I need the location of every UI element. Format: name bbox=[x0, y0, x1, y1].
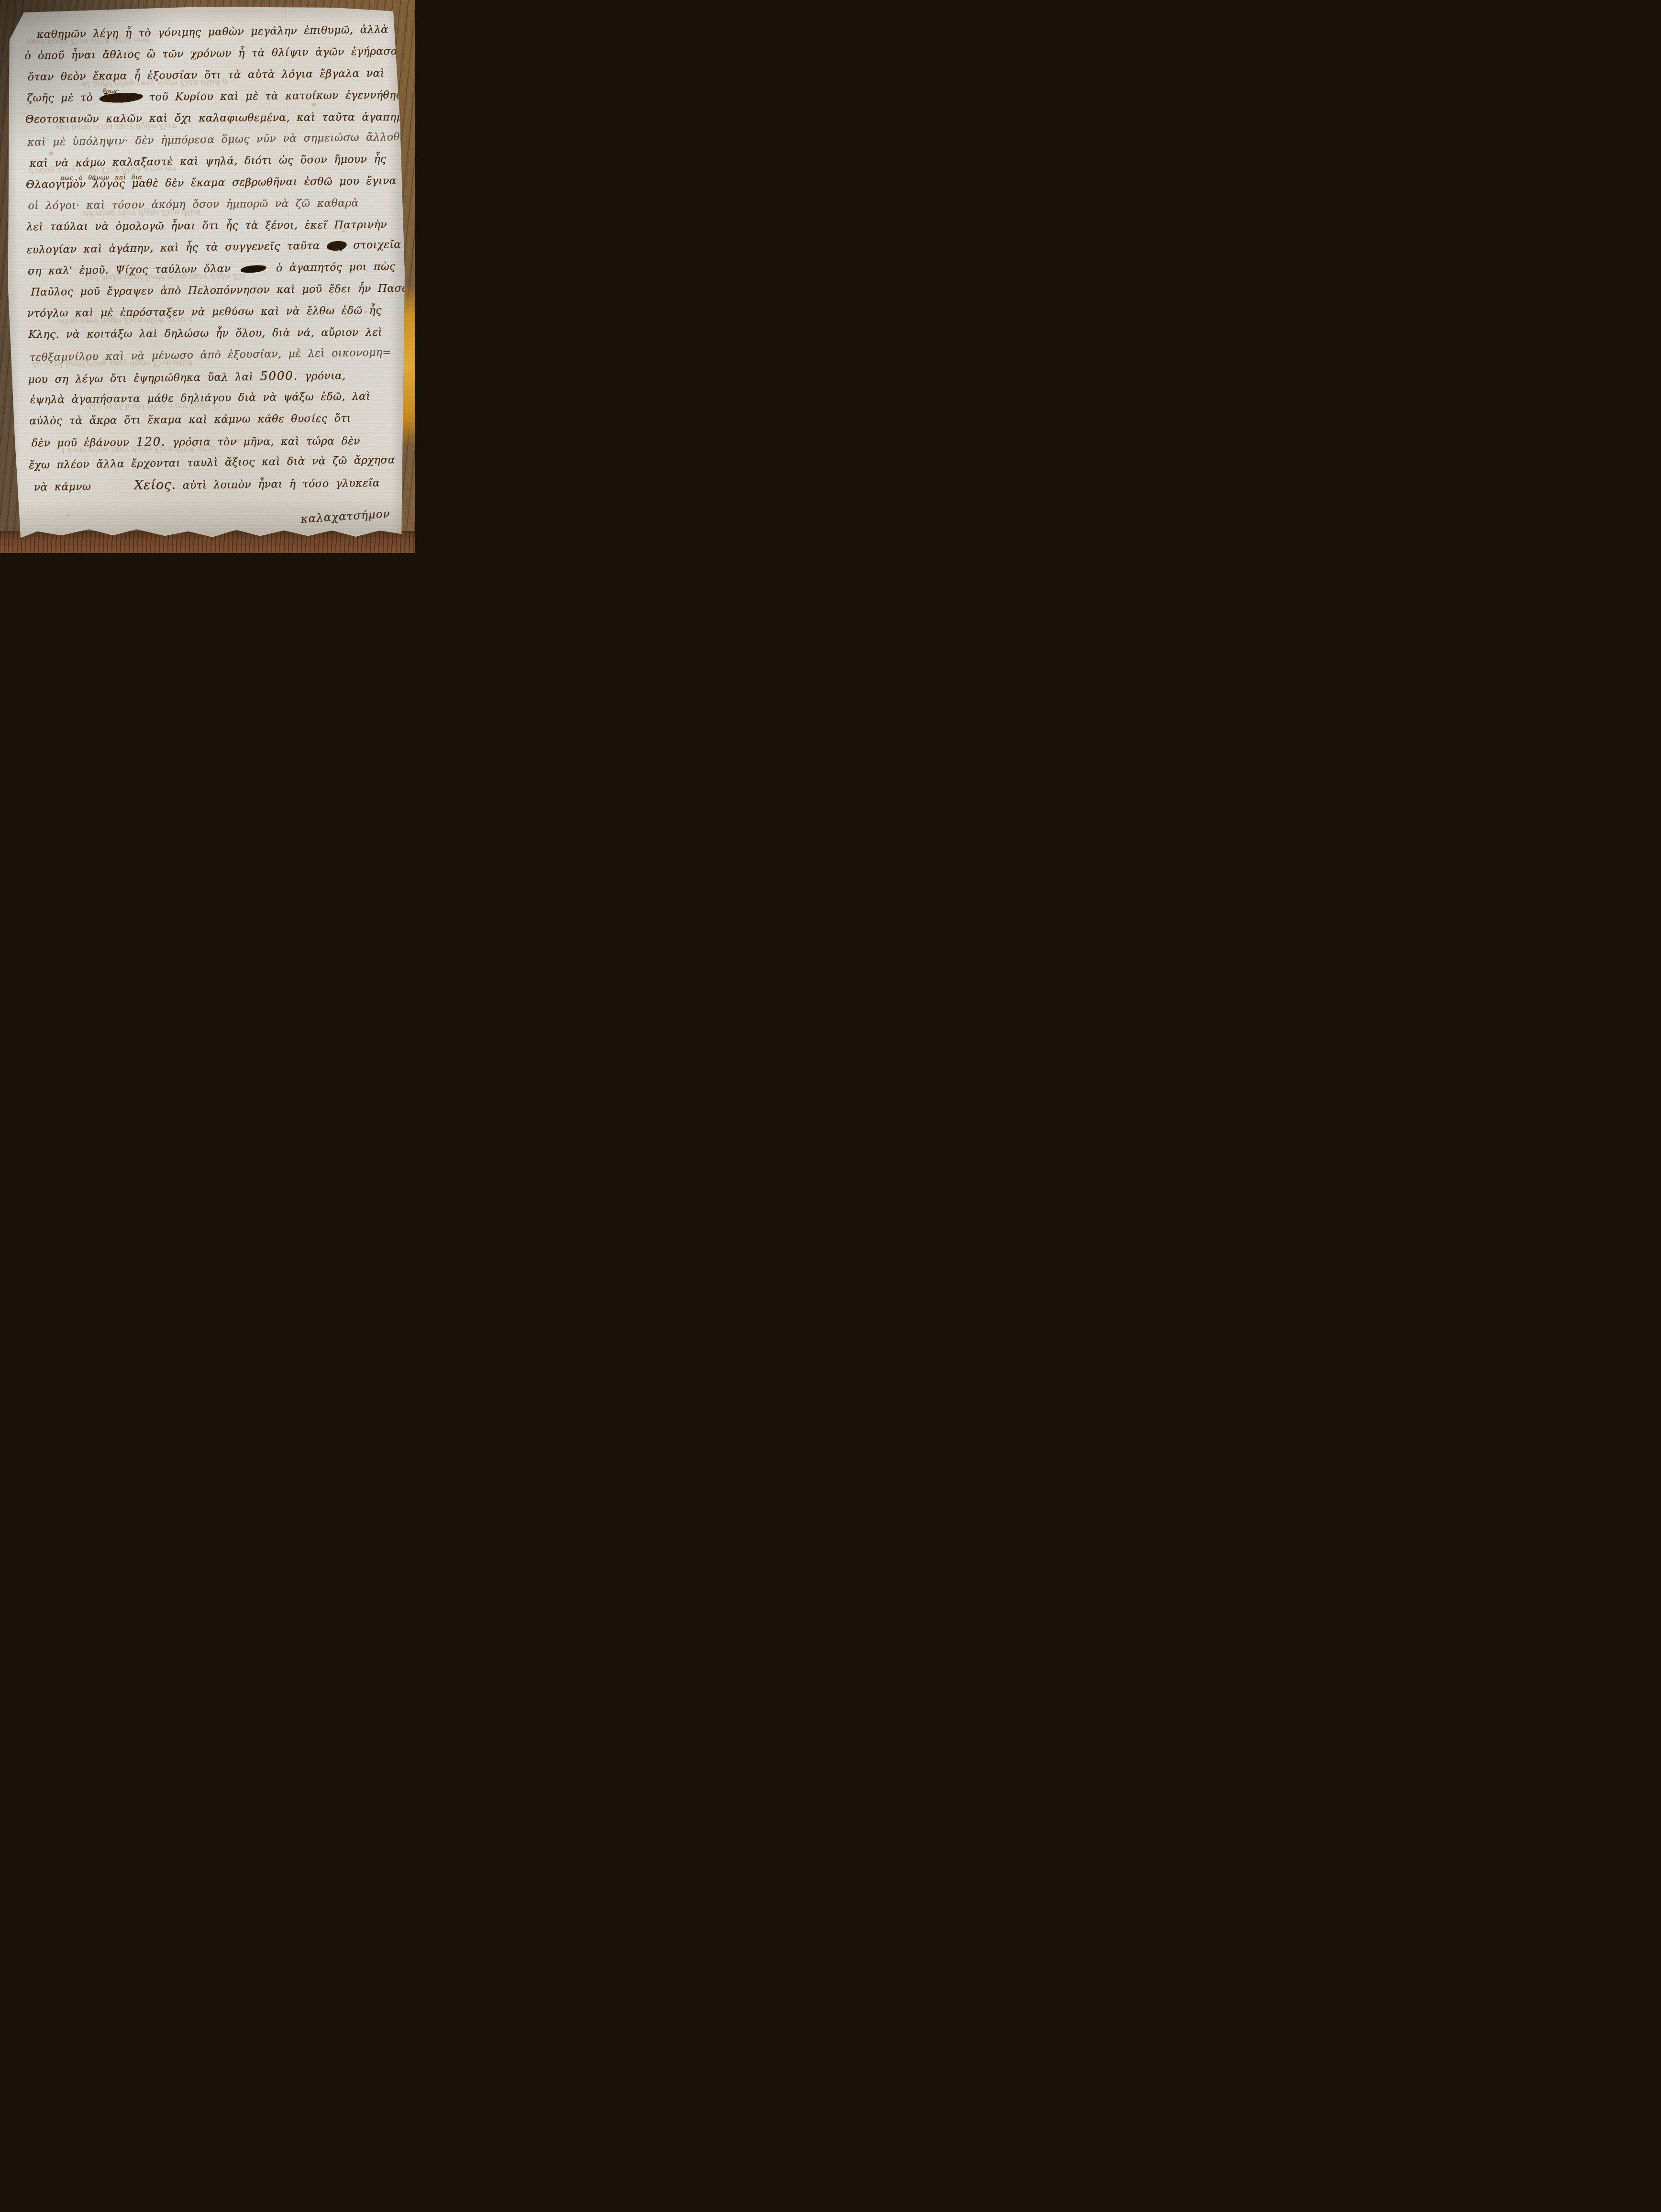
manuscript-line: αὐλὸς τὰ ἄκρα ὅτι ἔκαμα καὶ κάμνω κάθε θ… bbox=[29, 409, 395, 433]
manuscript-line: οἱ λόγοι· καὶ τόσον ἀκόμη ὅσον ἠμπορῶ νὰ… bbox=[28, 194, 392, 218]
manuscript-line: ὅταν θεὸν ἔκαμα ἧ ἐξουσίαν ὅτι τὰ αὐτὰ λ… bbox=[27, 64, 391, 89]
amount-figure: 120. bbox=[136, 434, 166, 448]
struck-out-word: ως bbox=[327, 236, 346, 256]
photo-scene: μων σελθ ψηγρ ατςχ ωβδμ λυκεθ ψηγρ ατςχ … bbox=[0, 0, 415, 553]
manuscript-line: ντόγλω καὶ μὲ ἐπρόσταξεν νὰ μεθύσω καὶ ν… bbox=[27, 301, 394, 326]
line-gap bbox=[91, 489, 134, 490]
manuscript-line: δὲν μοῦ ἐβάνουν 120. γρόσια τὸν μῆνα, κα… bbox=[32, 431, 395, 454]
manuscript-line: Κλης. νὰ κοιτάξω λαὶ δηλώσω ἦν ὅλου, διὰ… bbox=[28, 323, 394, 347]
ink-blot bbox=[240, 264, 266, 274]
struck-out-word: ἔπαρσιἔρως bbox=[100, 88, 143, 108]
manuscript-line: Παῦλος μοῦ ἔγραψεν ἀπὸ Πελοπόννησον καὶ … bbox=[31, 279, 393, 305]
manuscript-line: λεὶ ταύλαι νὰ ὁμολογῶ ἦναι ὅτι ἧς τὰ ξέν… bbox=[26, 216, 393, 240]
signature: καλαχατσήμον bbox=[300, 508, 390, 526]
manuscript-paper: μων σελθ ψηγρ ατςχ ωβδμ λυκεθ ψηγρ ατςχ … bbox=[4, 4, 408, 545]
interlinear-insertion: ἔρως bbox=[102, 82, 119, 101]
amount-figure: 5000. bbox=[260, 369, 298, 383]
manuscript-line: νὰ κάμνωΧείος. αὐτὶ λοιπὸν ἦναι ἡ τόσο γ… bbox=[33, 473, 396, 498]
manuscript-line: πως ὁ θάνων καὶ διαΘλαογιμὸν λόγος μαθὲ … bbox=[26, 172, 392, 197]
manuscript-line: ζωῆς μὲ τὸ ἔπαρσιἔρως τοῦ Κυρίου καὶ μὲ … bbox=[27, 86, 391, 111]
manuscript-lines: καθημῶν λέγη ἧ τὸ γόνιμης μαθὼν μεγάλην … bbox=[24, 21, 396, 498]
stain-spot bbox=[66, 514, 69, 516]
strikethrough-blot: ως bbox=[326, 241, 347, 251]
manuscript-line: Θεοτοκιανῶν καλῶν καὶ ὄχι καλαφιωθεμένα,… bbox=[25, 108, 391, 132]
interlinear-insertion: πως ὁ θάνων καὶ δια bbox=[60, 168, 143, 188]
manuscript-line: ἐψηλὰ ἀγαπήσαντα μάθε δηλιάγου διὰ νὰ ψά… bbox=[30, 387, 395, 412]
place-name: Χείος. bbox=[134, 477, 176, 493]
